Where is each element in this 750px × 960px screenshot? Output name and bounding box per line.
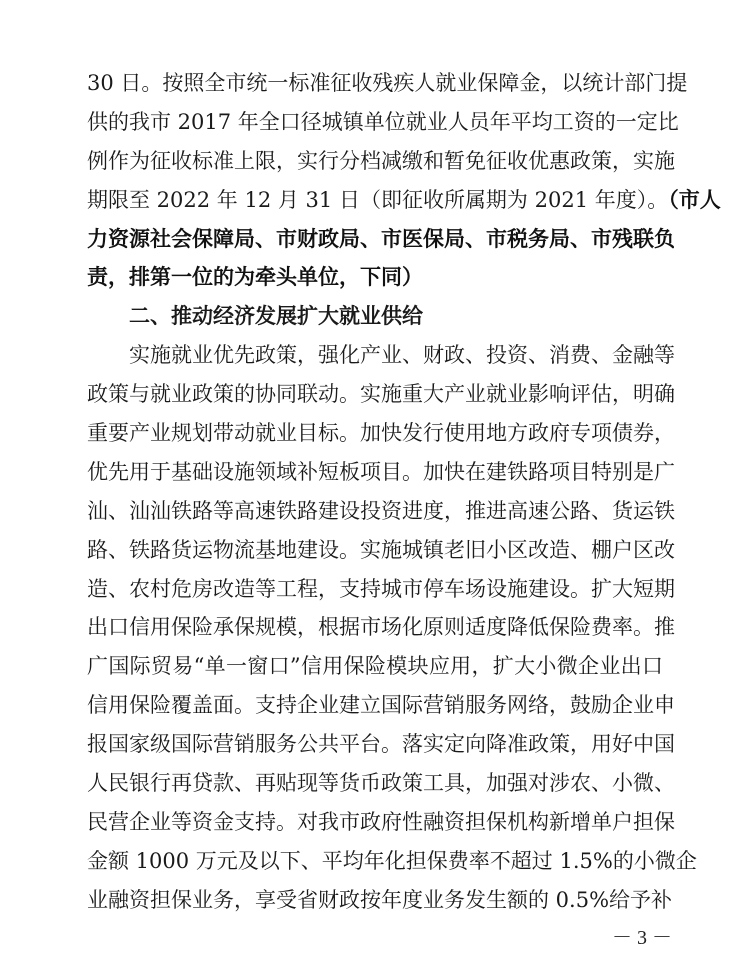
text-run: 实施就业优先政策，强化产业、财政、投资、消费、金融等: [129, 343, 675, 367]
body-text-line: 民营企业等资金支持。对我市政府性融资担保机构新增单户担保: [87, 803, 663, 842]
body-text-line: 实施就业优先政策，强化产业、财政、投资、消费、金融等: [87, 336, 663, 375]
body-text-line: 优先用于基础设施领域补短板项目。加快在建铁路项目特别是广: [87, 453, 663, 492]
body-text-line: 30 日。按照全市统一标准征收残疾人就业保障金，以统计部门提: [87, 64, 663, 103]
body-text-line: 汕、汕汕铁路等高速铁路建设投资进度，推进高速公路、货运铁: [87, 492, 663, 531]
text-run: 政策与就业政策的协同联动。实施重大产业就业影响评估，明确: [87, 382, 675, 406]
text-run: 广国际贸易“单一窗口”信用保险模块应用，扩大小微企业出口: [87, 654, 663, 678]
document-page: 30 日。按照全市统一标准征收残疾人就业保障金，以统计部门提供的我市 2017 …: [87, 64, 663, 920]
responsible-units-text: （市人: [668, 188, 721, 212]
body-text-line: 出口信用保险承保规模，根据市场化原则适度降低保险费率。推: [87, 608, 663, 647]
page-number: － 3 －: [612, 921, 672, 950]
text-run: 造、农村危房改造等工程，支持城市停车场设施建设。扩大短期: [87, 577, 675, 601]
text-run: 例作为征收标准上限，实行分档减缴和暂免征收优惠政策，实施: [87, 149, 675, 173]
body-text-line: 业融资担保业务，享受省财政按年度业务发生额的 0.5%给予补: [87, 881, 663, 920]
body-text-line: 报国家级国际营销服务公共平台。落实定向降准政策，用好中国: [87, 725, 663, 764]
text-run: 人民银行再贷款、再贴现等货币政策工具，加强对涉农、小微、: [87, 771, 675, 795]
body-text-line: 重要产业规划带动就业目标。加快发行使用地方政府专项债券，: [87, 414, 663, 453]
body-text-line: 广国际贸易“单一窗口”信用保险模块应用，扩大小微企业出口: [87, 647, 663, 686]
text-run: 供的我市 2017 年全口径城镇单位就业人员年平均工资的一定比: [87, 110, 679, 134]
text-run: 期限至 2022 年 12 月 31 日（即征收所属期为 2021 年度）。: [87, 188, 668, 212]
body-text-line: 人民银行再贷款、再贴现等货币政策工具，加强对涉农、小微、: [87, 764, 663, 803]
text-run: 业融资担保业务，享受省财政按年度业务发生额的 0.5%给予补: [87, 888, 672, 912]
body-text-line: 路、铁路货运物流基地建设。实施城镇老旧小区改造、棚户区改: [87, 531, 663, 570]
text-run: 民营企业等资金支持。对我市政府性融资担保机构新增单户担保: [87, 810, 675, 834]
text-run: 30 日。按照全市统一标准征收残疾人就业保障金，以统计部门提: [87, 71, 687, 95]
text-run: 信用保险覆盖面。支持企业建立国际营销服务网络，鼓励企业申: [87, 693, 675, 717]
text-run: 路、铁路货运物流基地建设。实施城镇老旧小区改造、棚户区改: [87, 538, 675, 562]
body-text-line: 例作为征收标准上限，实行分档减缴和暂免征收优惠政策，实施: [87, 142, 663, 181]
responsible-units-text: 力资源社会保障局、市财政局、市医保局、市税务局、市残联负: [87, 227, 675, 251]
text-run: 金额 1000 万元及以下、平均年化担保费率不超过 1.5%的小微企: [87, 849, 697, 873]
body-text-line: 责，排第一位的为牵头单位，下同）: [87, 258, 663, 297]
section-heading: 二、推动经济发展扩大就业供给: [87, 297, 663, 336]
body-text-line: 信用保险覆盖面。支持企业建立国际营销服务网络，鼓励企业申: [87, 686, 663, 725]
body-text-line: 力资源社会保障局、市财政局、市医保局、市税务局、市残联负: [87, 220, 663, 259]
text-run: 优先用于基础设施领域补短板项目。加快在建铁路项目特别是广: [87, 460, 675, 484]
body-text-line: 政策与就业政策的协同联动。实施重大产业就业影响评估，明确: [87, 375, 663, 414]
text-run: 出口信用保险承保规模，根据市场化原则适度降低保险费率。推: [87, 615, 675, 639]
text-run: 报国家级国际营销服务公共平台。落实定向降准政策，用好中国: [87, 732, 675, 756]
body-text-line: 造、农村危房改造等工程，支持城市停车场设施建设。扩大短期: [87, 570, 663, 609]
text-run: 重要产业规划带动就业目标。加快发行使用地方政府专项债券，: [87, 421, 675, 445]
body-text-line: 供的我市 2017 年全口径城镇单位就业人员年平均工资的一定比: [87, 103, 663, 142]
text-run: 汕、汕汕铁路等高速铁路建设投资进度，推进高速公路、货运铁: [87, 499, 675, 523]
body-text-line: 期限至 2022 年 12 月 31 日（即征收所属期为 2021 年度）。（市…: [87, 181, 663, 220]
responsible-units-text: 责，排第一位的为牵头单位，下同）: [87, 265, 423, 289]
body-text-line: 金额 1000 万元及以下、平均年化担保费率不超过 1.5%的小微企: [87, 842, 663, 881]
